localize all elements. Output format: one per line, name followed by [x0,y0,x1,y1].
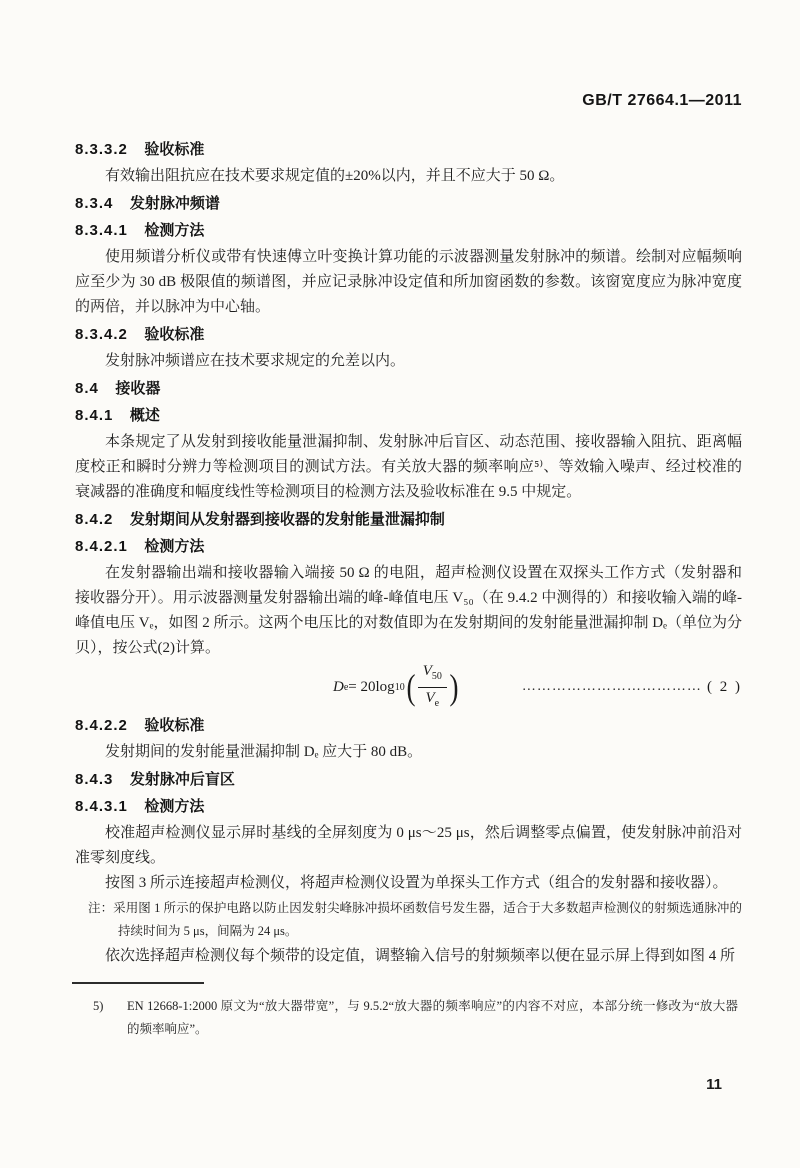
paragraph-leakage-method: 在发射器输出端和接收器输入端接 50 Ω 的电阻，超声检测仪设置在双探头工作方式… [75,561,742,661]
equation-operator: = 20log [348,679,394,696]
heading-title: 验收标准 [144,326,204,343]
equation-expression: De = 20log10(V50Ve) [333,662,460,713]
heading-title: 发射期间从发射器到接收器的发射能量泄漏抑制 [130,511,445,528]
heading-number: 8.4.2 [75,511,113,528]
heading-title: 发射脉冲频谱 [130,195,220,212]
denominator-subscript: e [435,698,439,709]
left-paren: ( [406,669,415,705]
footnote-divider [72,982,204,984]
heading-8-4-2-1: 8.4.2.1检测方法 [75,534,742,559]
heading-8-4: 8.4接收器 [75,376,742,401]
equation-fraction: V50Ve [418,662,447,713]
equation-2: De = 20log10(V50Ve) ……………………………………………………… [75,664,742,710]
equation-lhs-variable: D [333,679,344,696]
heading-title: 概述 [130,407,160,424]
heading-8-4-3: 8.4.3发射脉冲后盲区 [75,767,742,792]
note-label: 注： [88,901,113,915]
heading-8-3-4-1: 8.3.4.1检测方法 [75,218,742,243]
numerator-variable: V [423,663,432,679]
footnote-marker: 5) [93,995,127,1041]
paragraph-instrument-connection: 按图 3 所示连接超声检测仪，将超声检测仪设置为单探头工作方式（组合的发射器和接… [75,871,742,896]
paragraph-spectrum-method: 使用频谱分析仪或带有快速傅立叶变换计算功能的示波器测量发射脉冲的频谱。绘制对应幅… [75,245,742,320]
equation-number: ( 2 ) [707,679,742,696]
equation-leader-dots: ……………………………………………………………… [522,679,701,695]
heading-title: 验收标准 [144,141,204,158]
right-paren: ) [449,669,458,705]
denominator-variable: V [425,690,434,706]
paragraph-receiver-overview: 本条规定了从发射到接收能量泄漏抑制、发射脉冲后盲区、动态范围、接收器输入阻抗、距… [75,430,742,505]
paragraph-band-selection: 依次选择超声检测仪每个频带的设定值，调整输入信号的射频频率以便在显示屏上得到如图… [75,944,742,969]
heading-number: 8.4.1 [75,407,113,424]
footnote-5: 5) EN 12668-1:2000 原文为“放大器带宽”，与 9.5.2“放大… [93,995,742,1041]
heading-title: 发射脉冲后盲区 [130,771,235,788]
fraction-numerator: V50 [418,662,447,688]
heading-8-4-2: 8.4.2发射期间从发射器到接收器的发射能量泄漏抑制 [75,507,742,532]
heading-number: 8.4.2.2 [75,717,128,734]
note-text: 采用图 1 所示的保护电路以防止因发射尖峰脉冲损坏函数信号发生器，适合于大多数超… [113,901,742,938]
heading-number: 8.3.4.2 [75,326,128,343]
doc-number-header: GB/T 27664.1—2011 [75,92,742,110]
paragraph-spectrum-acceptance: 发射脉冲频谱应在技术要求规定的允差以内。 [75,349,742,374]
heading-title: 检测方法 [144,798,204,815]
heading-title: 检测方法 [144,538,204,555]
heading-number: 8.4.3.1 [75,798,128,815]
heading-8-3-4-2: 8.3.4.2验收标准 [75,322,742,347]
paragraph-output-impedance-acceptance: 有效输出阻抗应在技术要求规定值的±20%以内，并且不应大于 50 Ω。 [75,164,742,189]
heading-title: 检测方法 [144,222,204,239]
heading-number: 8.3.4.1 [75,222,128,239]
heading-number: 8.3.3.2 [75,141,128,158]
heading-8-4-2-2: 8.4.2.2验收标准 [75,713,742,738]
fraction-denominator: Ve [425,688,439,713]
heading-8-3-3-2: 8.3.3.2验收标准 [75,137,742,162]
paragraph-timebase-calibration: 校准超声检测仪显示屏时基线的全屏刻度为 0 μs～25 μs，然后调整零点偏置，… [75,821,742,871]
heading-title: 接收器 [115,380,160,397]
heading-8-4-3-1: 8.4.3.1检测方法 [75,794,742,819]
note-protection-circuit: 注：采用图 1 所示的保护电路以防止因发射尖峰脉冲损坏函数信号发生器，适合于大多… [88,897,742,943]
numerator-subscript: 50 [432,671,442,682]
heading-number: 8.4.2.1 [75,538,128,555]
footnote-text: EN 12668-1:2000 原文为“放大器带宽”，与 9.5.2“放大器的频… [127,995,742,1041]
heading-number: 8.4 [75,380,99,397]
heading-number: 8.4.3 [75,771,113,788]
heading-title: 验收标准 [144,717,204,734]
heading-8-4-1: 8.4.1概述 [75,403,742,428]
heading-8-3-4: 8.3.4发射脉冲频谱 [75,191,742,216]
heading-number: 8.3.4 [75,195,113,212]
document-page: GB/T 27664.1—2011 8.3.3.2验收标准 有效输出阻抗应在技术… [0,0,800,1168]
page-number: 11 [706,1076,722,1093]
equation-log-base: 10 [395,682,405,693]
paragraph-leakage-acceptance: 发射期间的发射能量泄漏抑制 Dₑ 应大于 80 dB。 [75,740,742,765]
